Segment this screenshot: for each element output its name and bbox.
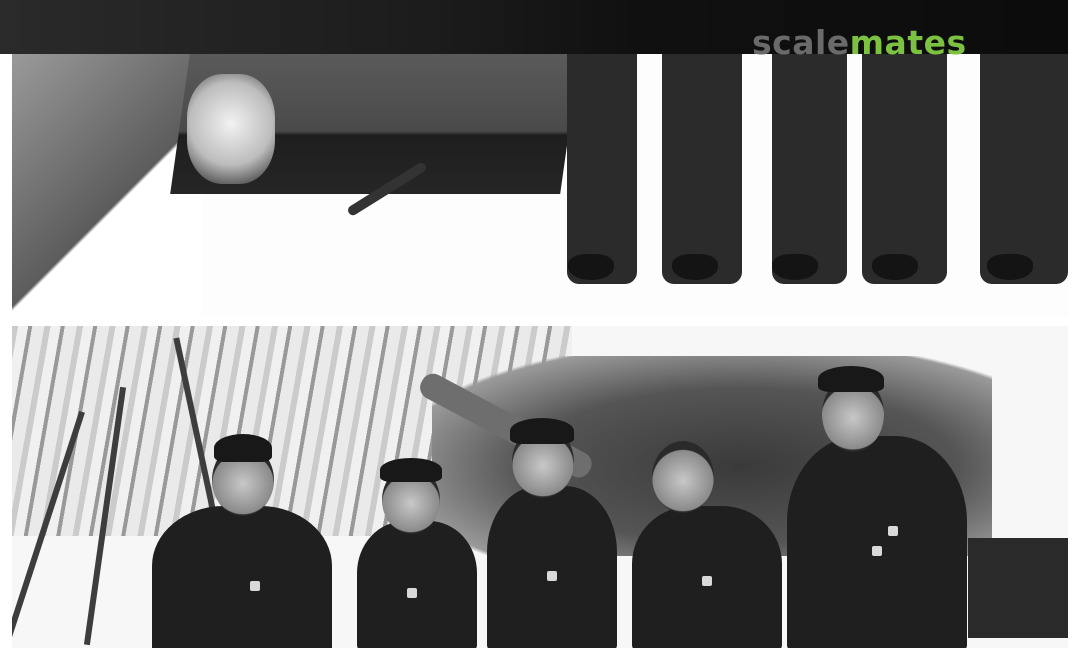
medal: [407, 588, 417, 598]
boot: [872, 254, 918, 280]
boot: [672, 254, 718, 280]
boot: [568, 254, 614, 280]
bottom-photo-panel: [12, 326, 1068, 648]
soldier-body: [487, 486, 617, 648]
soldier-body: [787, 436, 967, 648]
photo-frame: scalemates: [0, 0, 1080, 648]
soldier-legs: [662, 54, 742, 284]
watermark-part-scale: scale: [752, 23, 850, 62]
top-photo-panel: [12, 54, 1068, 316]
soldier-legs: [772, 54, 847, 284]
soldier-cap: [380, 458, 442, 482]
medal: [872, 546, 882, 556]
medal: [250, 581, 260, 591]
crate: [968, 538, 1068, 638]
medal: [702, 576, 712, 586]
soldier-body: [357, 521, 477, 648]
skull-emblem: [187, 74, 275, 184]
soldier-legs: [567, 54, 637, 284]
watermark-part-mates: mates: [850, 23, 967, 62]
soldier-body: [152, 506, 332, 648]
medal: [547, 571, 557, 581]
boot: [987, 254, 1033, 280]
soldier-cap: [214, 434, 272, 462]
boot: [772, 254, 818, 280]
soldier-legs: [862, 54, 947, 284]
soldier-cap: [510, 418, 574, 444]
scalemates-watermark: scalemates: [752, 26, 967, 59]
medal: [888, 526, 898, 536]
soldier-cap: [818, 366, 884, 392]
soldier-legs: [980, 54, 1068, 284]
soldier-head: [652, 441, 714, 513]
